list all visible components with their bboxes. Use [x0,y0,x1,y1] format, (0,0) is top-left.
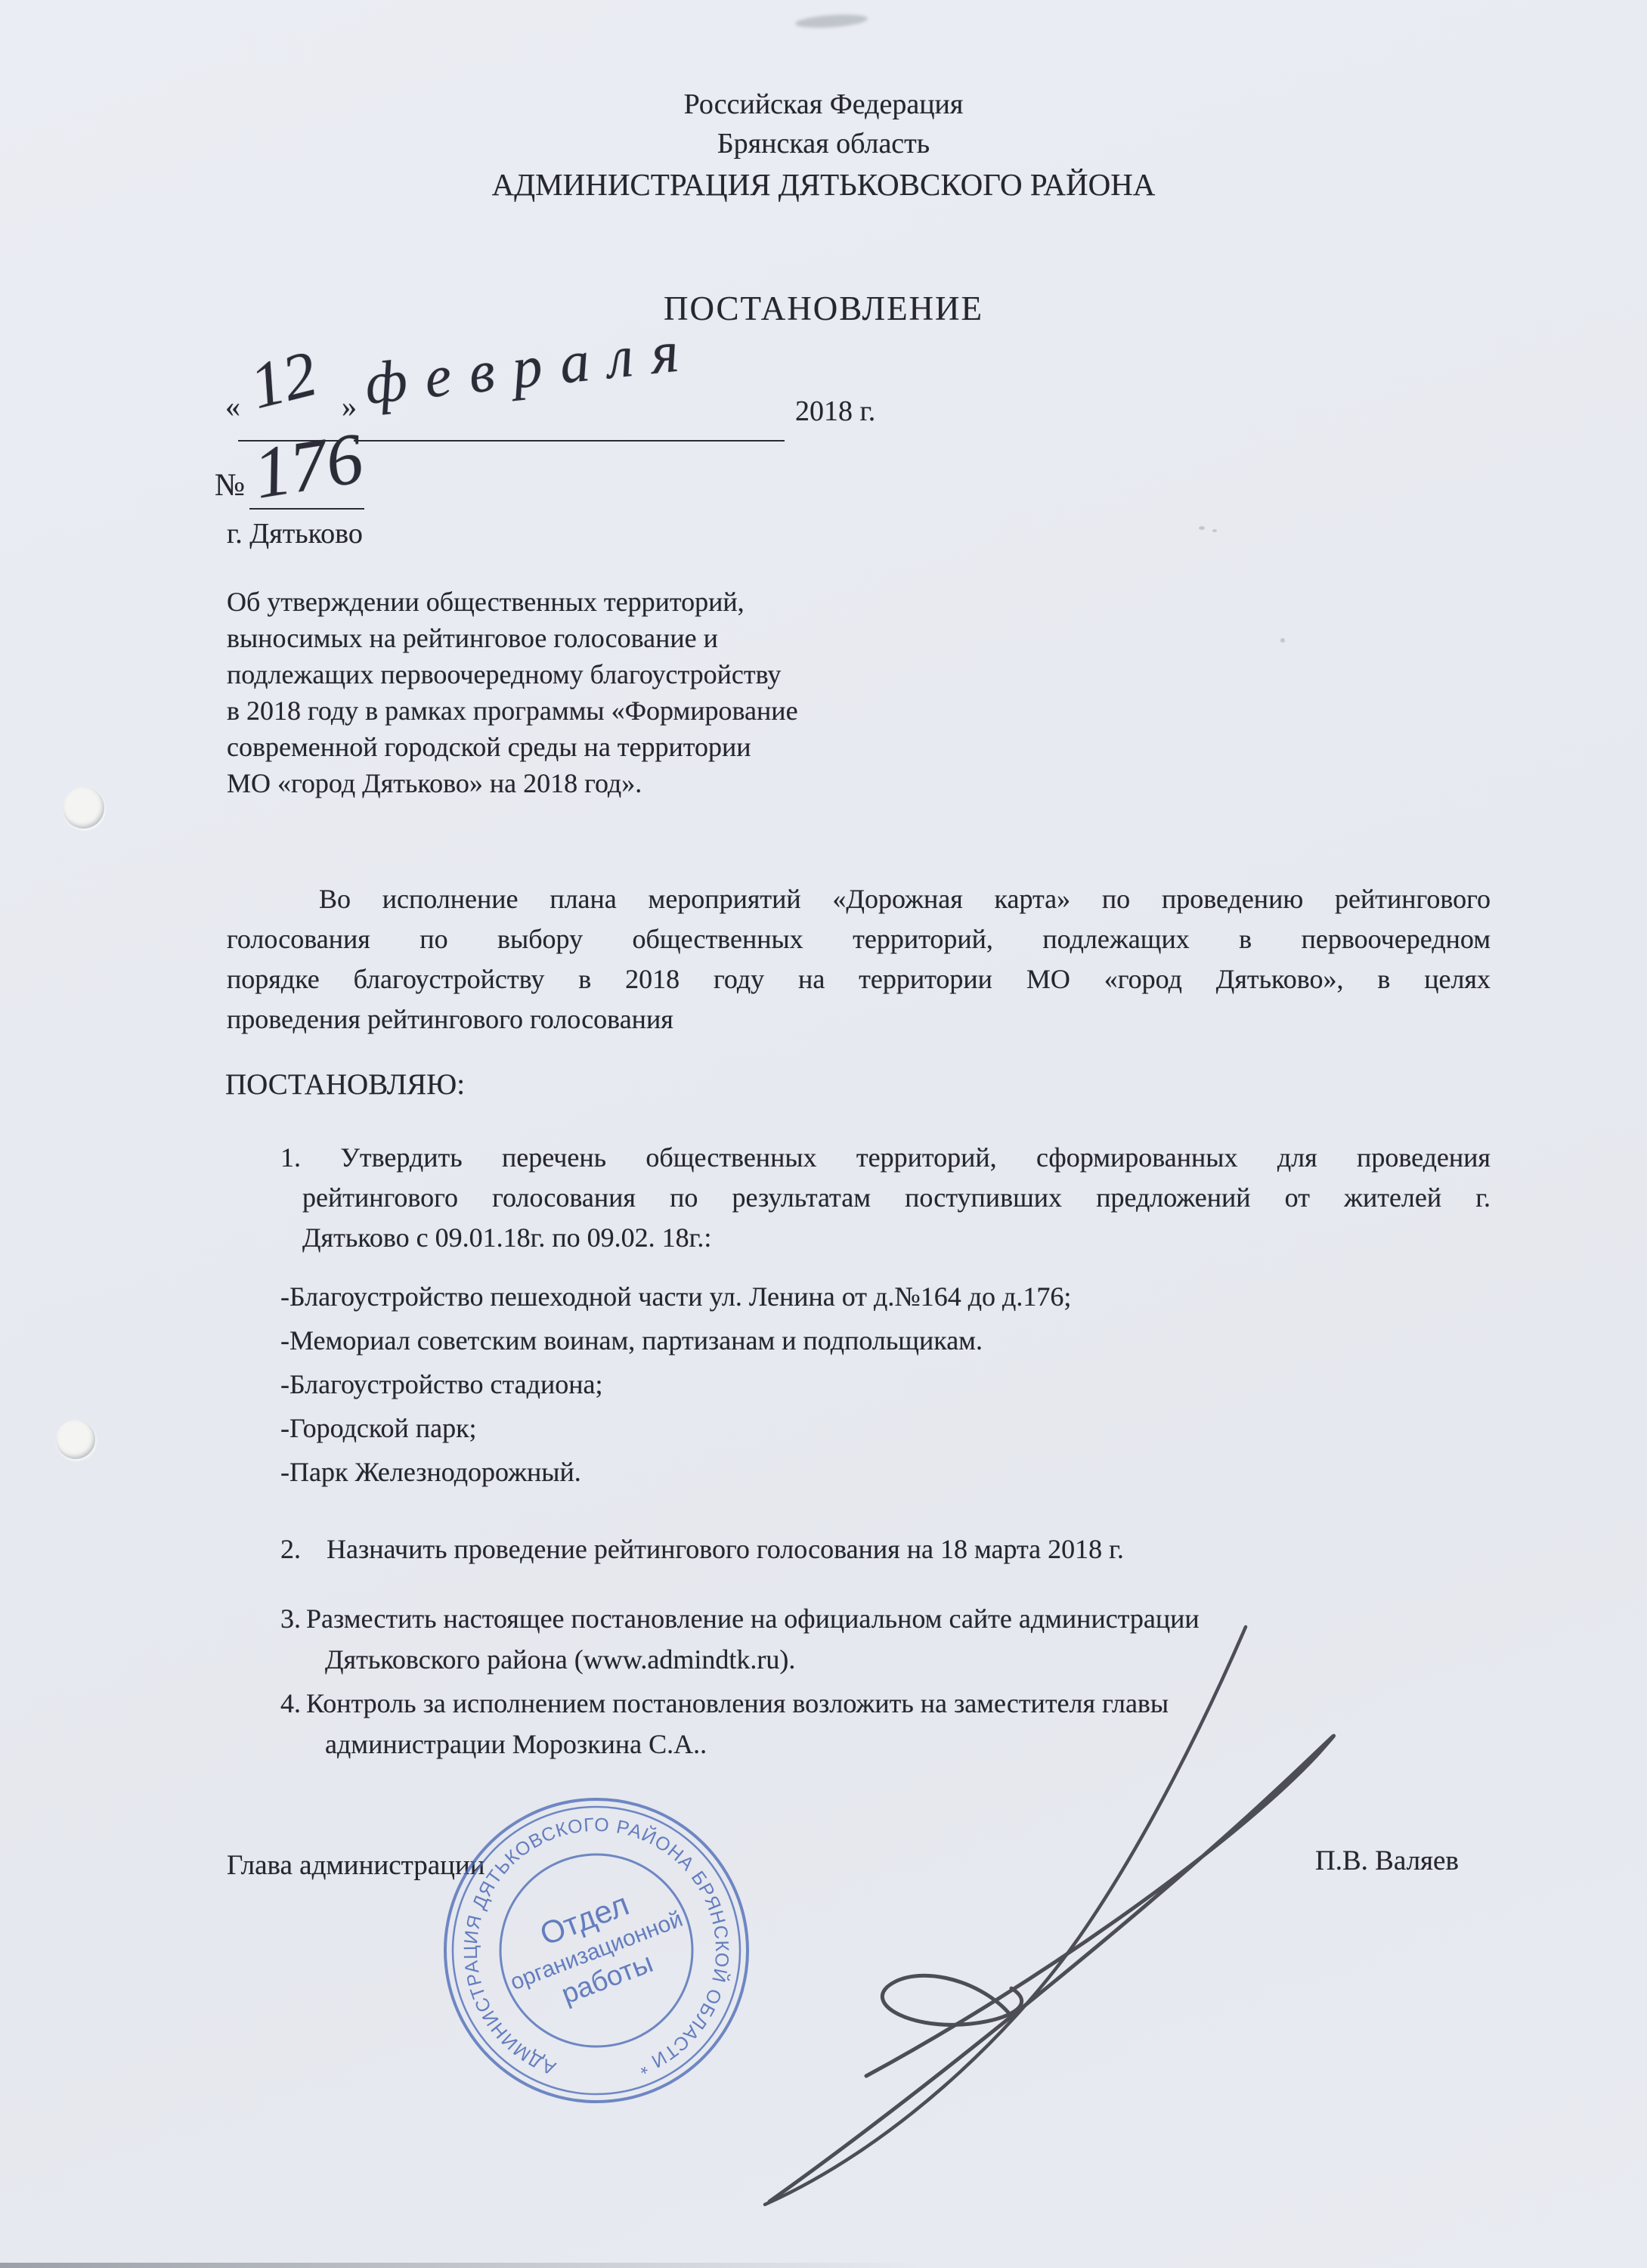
item3-line: Разместить настоящее постановление на оф… [306,1598,1200,1639]
item2-text: Назначить проведение рейтингового голосо… [327,1534,1124,1564]
resolution-item-2: 2.Назначить проведение рейтингового голо… [280,1533,1124,1565]
preamble-line: голосования по выбору общественных терри… [227,919,1491,959]
item4-line: администрации Морозкина С.А.. [306,1724,1169,1765]
scanned-document-page: Российская Федерация Брянская область АД… [0,0,1647,2268]
territory-list-item: -Городской парк; [280,1406,1071,1450]
hole-punch-top [63,787,104,829]
scan-speck [1280,638,1285,643]
preamble-line: проведения рейтингового голосования [227,999,1491,1039]
document-type-title: ПОСТАНОВЛЕНИЕ [0,289,1647,328]
subject-line: современной городской среды на территори… [227,731,751,763]
territory-list-item: -Парк Железнодорожный. [280,1450,1071,1494]
signer-name: П.В. Валяев [1315,1845,1459,1877]
header-region-line: Брянская область [0,127,1647,160]
item1-line: 1. Утвердить перечень общественных терри… [280,1138,1491,1178]
territory-list-item: -Благоустройство стадиона; [280,1362,1071,1406]
subject-line: подлежащих первоочередному благоустройст… [227,658,781,690]
item1-line: Дятьково с 09.01.18г. по 09.02. 18г.: [302,1218,1491,1258]
preamble-paragraph: Во исполнение плана мероприятий «Дорожна… [227,879,1491,1039]
subject-line: МО «город Дятьково» на 2018 год». [227,767,642,799]
scan-speck [1199,526,1205,530]
item4-number: 4. [280,1683,301,1724]
resolve-word: ПОСТАНОВЛЯЮ: [225,1067,465,1101]
subject-line: выносимых на рейтинговое голосование и [227,622,718,654]
number-handwritten: 176 [248,415,369,515]
subject-line: в 2018 году в рамках программы «Формиров… [227,695,798,727]
date-year: 2018 г. [795,395,875,428]
scan-edge-shadow [0,2263,922,2268]
scan-smudge [795,13,868,30]
header-organization-line: АДМИНИСТРАЦИЯ ДЯТЬКОВСКОГО РАЙОНА [0,166,1647,203]
header-country-line: Российская Федерация [0,88,1647,121]
item3-number: 3. [280,1598,301,1639]
territory-list: -Благоустройство пешеходной части ул. Ле… [280,1275,1071,1494]
territory-list-item: -Мемориал советским воинам, партизанам и… [280,1318,1071,1362]
official-stamp: АДМИНИСТРАЦИЯ ДЯТЬКОВСКОГО РАЙОНА БРЯНСК… [436,1790,757,2111]
item2-number: 2. [280,1534,301,1564]
territory-list-item: -Благоустройство пешеходной части ул. Ле… [280,1275,1071,1318]
resolution-item-1: 1. Утвердить перечень общественных терри… [302,1138,1491,1258]
item3-line: Дятьковского района (www.admindtk.ru). [306,1639,1200,1680]
item4-line: Контроль за исполнением постановления во… [306,1683,1169,1724]
item1-line: рейтингового голосования по результатам … [302,1178,1491,1218]
hole-punch-bottom [56,1420,95,1459]
preamble-line: Во исполнение плана мероприятий «Дорожна… [227,879,1491,919]
subject-line: Об утверждении общественных территорий, [227,586,745,618]
resolution-item-4: 4. Контроль за исполнением постановления… [306,1683,1169,1765]
number-label: № [215,467,245,503]
resolution-item-3: 3. Разместить настоящее постановление на… [306,1598,1200,1680]
preamble-line: порядке благоустройству в 2018 году на т… [227,959,1491,999]
scan-speck [1212,529,1217,532]
signature-stroke [0,0,1647,2268]
city-line: г. Дятьково [227,517,363,550]
